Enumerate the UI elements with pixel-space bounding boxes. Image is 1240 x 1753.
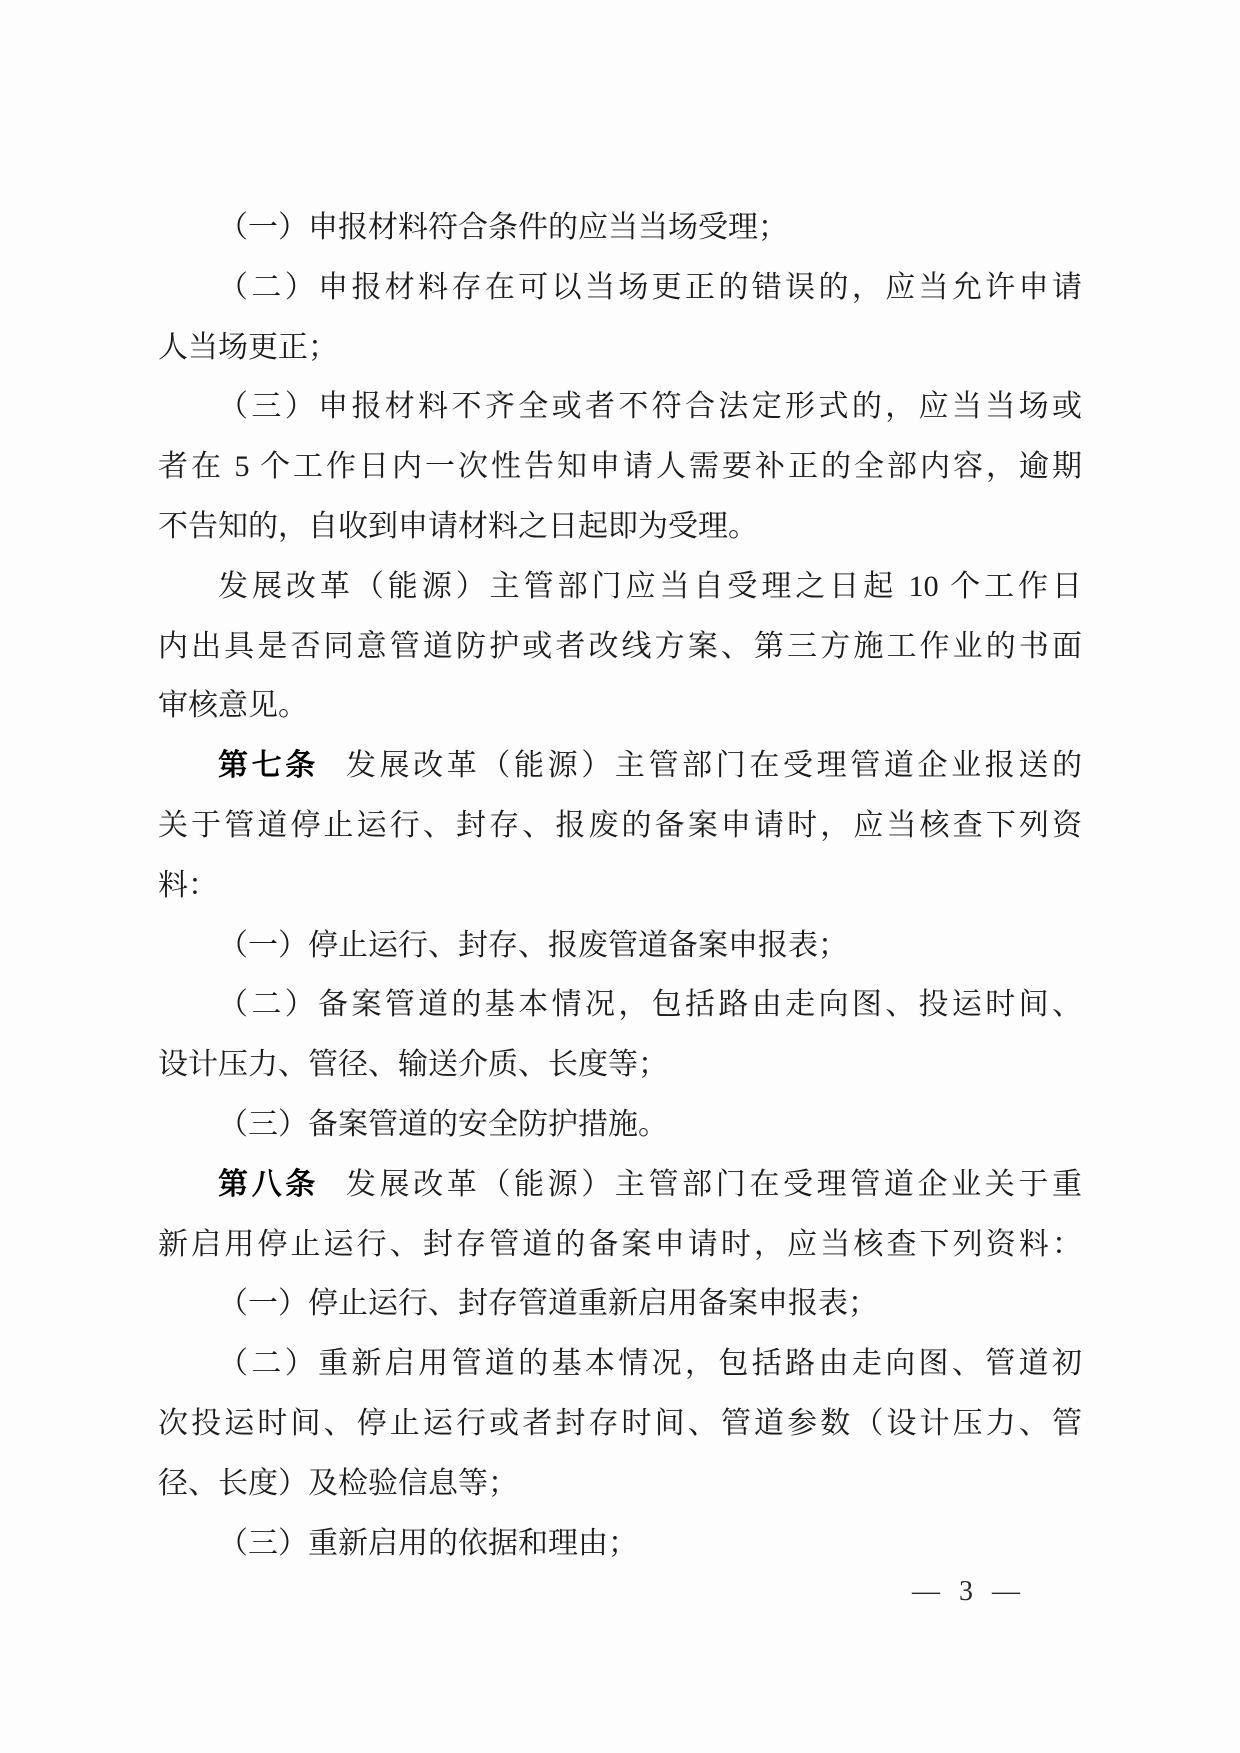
line-text: 者在 5 个工作日内一次性告知申请人需要补正的全部内容，逾期 — [158, 450, 1082, 483]
line-text: （二）申报材料存在可以当场更正的错误的，应当允许申请 — [218, 271, 1082, 304]
line-text: （二）备案管道的基本情况，包括路由走向图、投运时间、 — [218, 988, 1082, 1021]
text-line: 人当场更正； — [158, 318, 1082, 378]
text-line: （一）申报材料符合条件的应当当场受理； — [158, 198, 1082, 258]
text-line: （一）停止运行、封存管道重新启用备案申报表； — [158, 1274, 1082, 1334]
article-8-label: 第八条 — [218, 1168, 319, 1201]
page-number: — 3 — — [912, 1576, 1062, 1608]
line-text: （一）申报材料符合条件的应当当场受理； — [218, 211, 788, 244]
text-line: 料： — [158, 856, 1082, 916]
text-line: （三）重新启用的依据和理由； — [158, 1514, 1082, 1574]
text-line: 次投运时间、停止运行或者封存时间、管道参数（设计压力、管 — [158, 1394, 1082, 1454]
line-text: 径、长度）及检验信息等； — [158, 1467, 518, 1500]
line-text: （一）停止运行、封存管道重新启用备案申报表； — [218, 1287, 878, 1320]
text-line: 设计压力、管径、输送介质、长度等； — [158, 1035, 1082, 1095]
text-line: （一）停止运行、封存、报废管道备案申报表； — [158, 916, 1082, 976]
line-text: 审核意见。 — [158, 689, 308, 722]
line-text: （一）停止运行、封存、报废管道备案申报表； — [218, 929, 848, 962]
line-text: 关于管道停止运行、封存、报废的备案申请时，应当核查下列资 — [158, 809, 1082, 842]
line-text: 设计压力、管径、输送介质、长度等； — [158, 1048, 668, 1081]
line-text: 人当场更正； — [158, 331, 338, 364]
line-text: 料： — [158, 869, 218, 902]
text-line: 新启用停止运行、封存管道的备案申请时，应当核查下列资料： — [158, 1215, 1082, 1275]
text-line: （三）申报材料不齐全或者不符合法定形式的，应当当场或 — [158, 377, 1082, 437]
text-line: （二）重新启用管道的基本情况，包括路由走向图、管道初 — [158, 1334, 1082, 1394]
text-line: 者在 5 个工作日内一次性告知申请人需要补正的全部内容，逾期 — [158, 437, 1082, 497]
text-line: 不告知的，自收到申请材料之日起即为受理。 — [158, 497, 1082, 557]
line-text: （二）重新启用管道的基本情况，包括路由走向图、管道初 — [218, 1347, 1082, 1380]
text-line-article-7: 第七条发展改革（能源）主管部门在受理管道企业报送的 — [158, 736, 1082, 796]
line-text: 不告知的，自收到申请材料之日起即为受理。 — [158, 510, 758, 543]
text-line: 关于管道停止运行、封存、报废的备案申请时，应当核查下列资 — [158, 796, 1082, 856]
line-text: 发展改革（能源）主管部门在受理管道企业关于重 — [346, 1168, 1082, 1201]
line-text: 次投运时间、停止运行或者封存时间、管道参数（设计压力、管 — [158, 1407, 1082, 1440]
line-text: 内出具是否同意管道防护或者改线方案、第三方施工作业的书面 — [158, 630, 1082, 663]
line-text: 发展改革（能源）主管部门应当自受理之日起 10 个工作日 — [218, 570, 1082, 603]
line-text: 新启用停止运行、封存管道的备案申请时，应当核查下列资料： — [158, 1228, 1082, 1261]
text-line: （二）备案管道的基本情况，包括路由走向图、投运时间、 — [158, 975, 1082, 1035]
line-text: （三）重新启用的依据和理由； — [218, 1527, 638, 1560]
line-text: 发展改革（能源）主管部门在受理管道企业报送的 — [346, 749, 1082, 782]
text-line: 审核意见。 — [158, 676, 1082, 736]
text-line: 径、长度）及检验信息等； — [158, 1454, 1082, 1514]
document-body: （一）申报材料符合条件的应当当场受理； （二）申报材料存在可以当场更正的错误的，… — [158, 198, 1082, 1573]
article-7-label: 第七条 — [218, 749, 319, 782]
text-line: 发展改革（能源）主管部门应当自受理之日起 10 个工作日 — [158, 557, 1082, 617]
text-line-article-8: 第八条发展改革（能源）主管部门在受理管道企业关于重 — [158, 1155, 1082, 1215]
line-text: （三）申报材料不齐全或者不符合法定形式的，应当当场或 — [218, 390, 1082, 423]
line-text: （三）备案管道的安全防护措施。 — [218, 1108, 668, 1141]
text-line: （二）申报材料存在可以当场更正的错误的，应当允许申请 — [158, 258, 1082, 318]
text-line: 内出具是否同意管道防护或者改线方案、第三方施工作业的书面 — [158, 617, 1082, 677]
text-line: （三）备案管道的安全防护措施。 — [158, 1095, 1082, 1155]
document-page: （一）申报材料符合条件的应当当场受理； （二）申报材料存在可以当场更正的错误的，… — [0, 0, 1240, 1753]
